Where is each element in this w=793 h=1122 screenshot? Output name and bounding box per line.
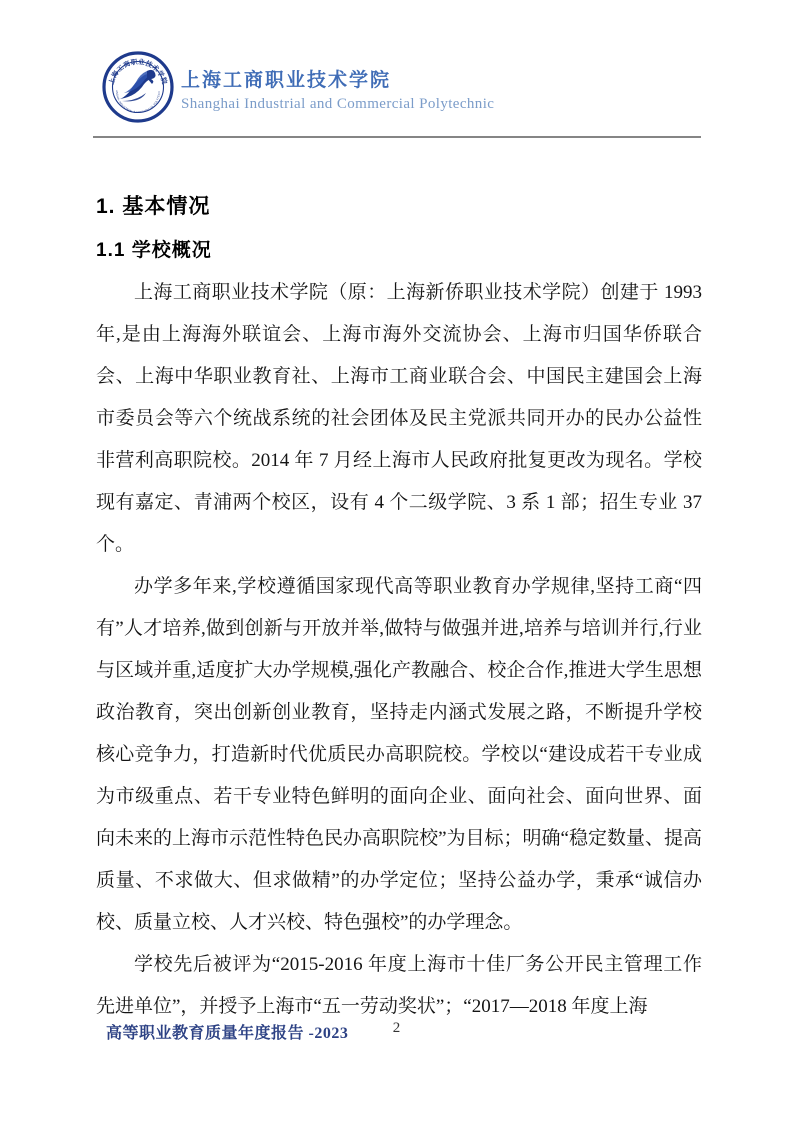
school-logo-icon: 上海工商职业技术学院 SHANGHAI INDUSTRIAL & COMMERC… [102,51,174,123]
school-name-block: 上海工商职业技术学院 Shanghai Industrial and Comme… [181,70,494,113]
paragraph-school-philosophy: 办学多年来,学校遵循国家现代高等职业教育办学规律,坚持工商“四有”人才培养,做到… [96,566,702,944]
page-number: 2 [0,1020,793,1037]
document-page: 上海工商职业技术学院 SHANGHAI INDUSTRIAL & COMMERC… [0,0,793,1122]
header-divider [93,136,701,138]
school-name-zh: 上海工商职业技术学院 [181,70,494,92]
page-header: 上海工商职业技术学院 SHANGHAI INDUSTRIAL & COMMERC… [0,0,793,140]
school-name-en: Shanghai Industrial and Commercial Polyt… [181,95,494,113]
body-text: 上海工商职业技术学院（原：上海新侨职业技术学院）创建于 1993 年,是由上海海… [96,272,702,1028]
page-footer: 高等职业教育质量年度报告 -2023 2 [0,1018,793,1048]
paragraph-school-founding: 上海工商职业技术学院（原：上海新侨职业技术学院）创建于 1993 年,是由上海海… [96,272,702,566]
paragraph-school-awards: 学校先后被评为“2015-2016 年度上海市十佳厂务公开民主管理工作先进单位”… [96,944,702,1028]
section-heading: 1. 基本情况 [96,190,210,220]
subsection-heading: 1.1 学校概况 [96,235,212,262]
